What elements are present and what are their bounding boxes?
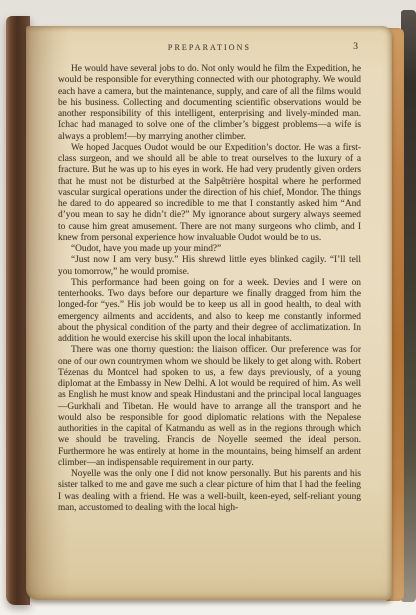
paragraph: There was one thorny question: the liais… — [58, 345, 361, 469]
page-text-column: PREPARATIONS 3 He would have several job… — [58, 43, 361, 514]
paragraph: “Oudot, have you made up your mind?” — [58, 244, 361, 255]
paragraph: We hoped Jacques Oudot would be our Expe… — [58, 143, 361, 244]
paragraph: He would have several jobs to do. Not on… — [58, 64, 361, 143]
page-number: 3 — [353, 42, 358, 52]
paragraph: Noyelle was the only one I did not know … — [58, 469, 361, 514]
paragraph: This performance had been going on for a… — [58, 278, 361, 346]
running-header: PREPARATIONS 3 — [58, 43, 361, 55]
chapter-title: PREPARATIONS — [168, 43, 251, 52]
paragraph: “Just now I am very busy.” His shrewd li… — [58, 255, 361, 278]
body-text: He would have several jobs to do. Not on… — [58, 64, 361, 514]
